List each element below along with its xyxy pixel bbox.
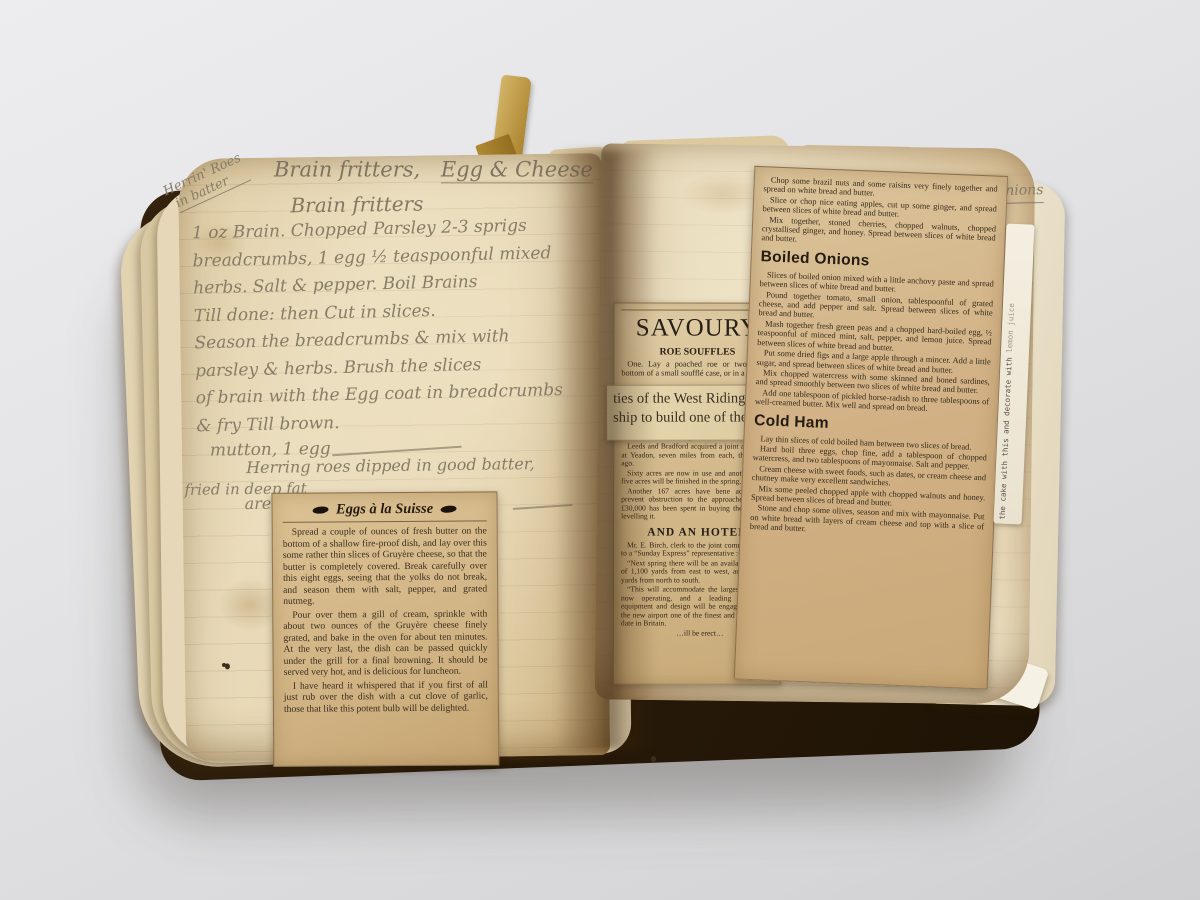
handwritten-recipe: 1 oz Brain. Chopped Parsley 2-3 sprigs b… [192, 212, 564, 440]
right-page: Boiled Onions &c SAVOURY ROE SOUFFLES On… [595, 143, 1036, 704]
eggs-a-la-suisse-clipping: Eggs à la Suisse Spread a couple of ounc… [271, 491, 499, 767]
handwritten-corner-note: Herrin' Roes in batter [161, 151, 251, 216]
page-title-left: Brain fritters, [274, 157, 420, 181]
note-herring: Herring roes dipped in good batter, [246, 454, 535, 477]
ink-blob-icon [440, 505, 457, 514]
clipping-paragraph: Spread a couple of ounces of fresh butte… [283, 525, 488, 607]
sandwich-fillings-clipping: Chop some brazil nuts and some raisins v… [734, 166, 1008, 690]
photo-of-open-scrapbook: Herrin' Roes in batter Brain fritters, E… [0, 0, 1200, 900]
clipping-title: Eggs à la Suisse [336, 501, 433, 519]
clipping-paragraph: Pour over them a gill of cream, sprinkle… [283, 608, 487, 678]
left-page: Herrin' Roes in batter Brain fritters, E… [178, 153, 610, 761]
typed-line: the cake with this and decorate with [998, 357, 1014, 520]
page-title-right: Egg & Cheese [441, 157, 593, 183]
pencil-scribble [513, 504, 573, 510]
speck [222, 663, 226, 667]
speck [651, 756, 656, 762]
clipping-paragraph: I have heard it whispered that if you fi… [284, 679, 488, 715]
typed-line: lemon juice [1005, 303, 1016, 353]
clipping-title-row: Eggs à la Suisse [283, 500, 487, 522]
recipe-heading: Brain fritters [290, 192, 423, 218]
ink-blob-icon [313, 505, 330, 514]
handwritten-page-title: Brain fritters, Egg & Cheese [274, 157, 593, 181]
